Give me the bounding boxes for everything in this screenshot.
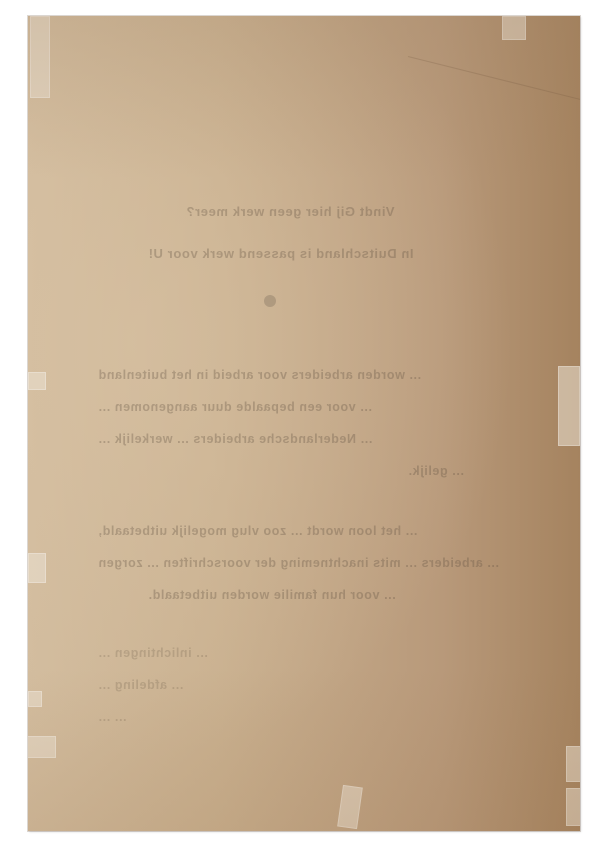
bleed-heading-line-1: Vindt Gij hier geen werk meer? bbox=[186, 204, 395, 219]
bleed-p1-line-4: ... gelijk. bbox=[408, 464, 464, 478]
bleed-p3-line-2: ... afdeling ... bbox=[98, 678, 183, 692]
bleed-p3-line-3: ... ... bbox=[98, 710, 127, 724]
bleed-heading-line-2: In Duitschland is passend werk voor U! bbox=[148, 246, 414, 261]
bleed-p3-line-1: ... inlichtingen ... bbox=[98, 646, 208, 660]
bleed-dot-mark bbox=[264, 295, 276, 307]
bleed-p2-line-3: ... voor hun familie worden uitbetaald. bbox=[148, 588, 396, 602]
bleed-p1-line-2: ... voor een bepaalde duur aangenomen ..… bbox=[98, 400, 372, 414]
paper-sheet: Vindt Gij hier geen werk meer? In Duitsc… bbox=[28, 16, 580, 831]
bleed-p2-line-1: ... het loon wordt ... zoo vlug mogelijk… bbox=[98, 524, 417, 538]
bleed-p2-line-2: ... arbeiders ... mits inachtneming der … bbox=[98, 556, 499, 570]
mirrored-bleed-through-text: Vindt Gij hier geen werk meer? In Duitsc… bbox=[28, 16, 580, 831]
bleed-p1-line-1: ... worden arbeiders voor arbeid in het … bbox=[98, 368, 421, 382]
bleed-p1-line-3: ... Nederlandsche arbeiders ... werkelij… bbox=[98, 432, 372, 446]
